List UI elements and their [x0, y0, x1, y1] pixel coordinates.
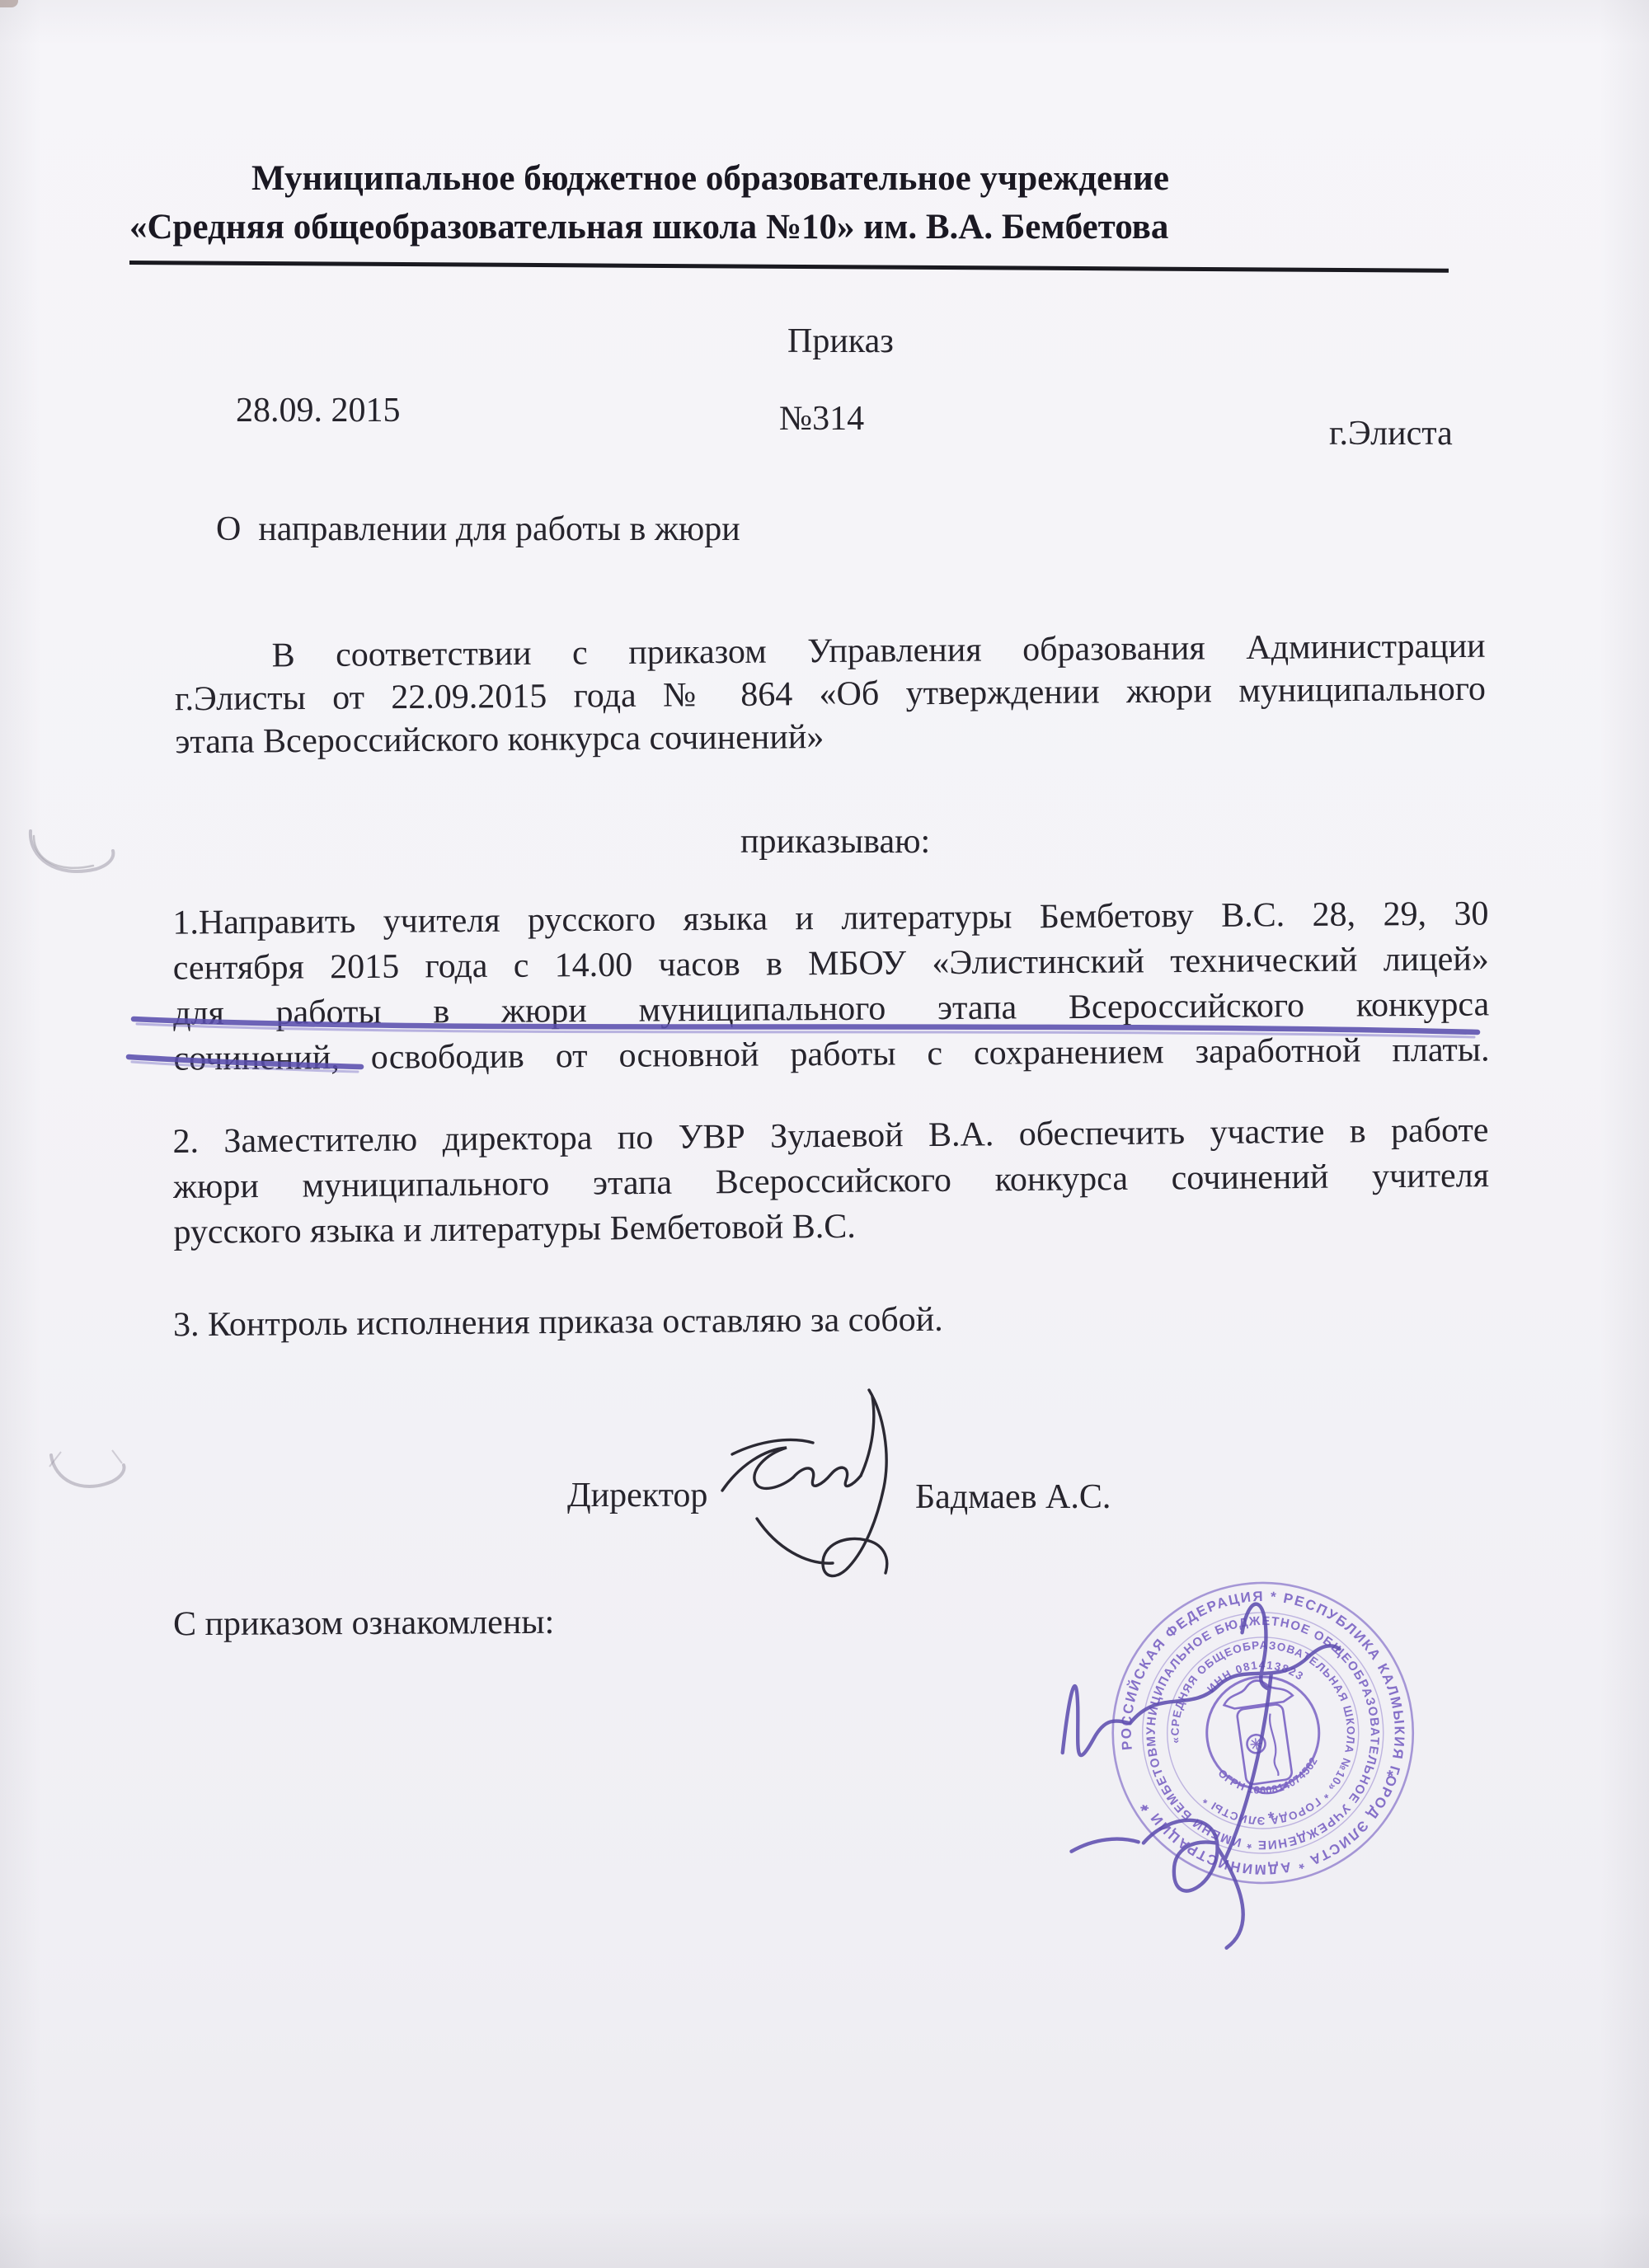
order-item-2: 2. Заместителю директора по УВР Зулаевой… — [172, 1111, 1489, 1258]
official-round-stamp: РОССИЙСКАЯ ФЕДЕРАЦИЯ * РЕСПУБЛИКА КАЛМЫК… — [984, 1515, 1571, 2046]
scan-edge-smudge — [0, 0, 18, 7]
intro-paragraph: В соответствии с приказом Управления обр… — [174, 627, 1486, 765]
org-name-line1: Муниципальное бюджетное образовательное … — [251, 158, 1169, 200]
paper-crease-artifact — [33, 1430, 148, 1521]
svg-text:МУНИЦИПАЛЬНОЕ БЮДЖЕТНОЕ ОБЩЕОБ: МУНИЦИПАЛЬНОЕ БЮДЖЕТНОЕ ОБЩЕОБРАЗОВАТЕЛЬ… — [978, 1526, 1397, 1887]
order-date: 28.09. 2015 — [236, 391, 401, 432]
paper-crease-artifact — [12, 808, 136, 907]
stamp-asterisk: * — [1267, 1809, 1276, 1828]
letterhead-rule — [129, 261, 1449, 273]
stamp-ogrn-text: ОГРН 1060814074562 — [1214, 1754, 1323, 1803]
stamp-ring-middle-text: МУНИЦИПАЛЬНОЕ БЮДЖЕТНОЕ ОБЩЕОБРАЗОВАТЕЛЬ… — [978, 1526, 1397, 1887]
decree-word: приказываю: — [740, 822, 930, 863]
order-subject: О направлении для работы в жюри — [216, 509, 740, 551]
org-name-line2: «Средняя общеобразовательная школа №10» … — [129, 207, 1168, 249]
signoff-role: Директор — [567, 1476, 707, 1517]
order-item-3: 3. Контроль исполнения приказа оставляю … — [173, 1300, 943, 1346]
doc-type: Приказ — [787, 322, 894, 363]
director-signature — [707, 1378, 947, 1609]
acknowledgement-label: С приказом ознакомлены: — [173, 1603, 554, 1646]
text-line: этапа Всероссийского конкурса сочинений» — [175, 712, 1486, 765]
svg-text:ОГРН 1060814074562: ОГРН 1060814074562 — [1214, 1754, 1323, 1803]
signoff-name: Бадмаев А.С. — [915, 1477, 1111, 1519]
scanned-order-document: Муниципальное бюджетное образовательное … — [0, 0, 1649, 2268]
order-city: г.Элиста — [1329, 414, 1453, 455]
pen-underline-marks — [115, 1004, 1517, 1095]
order-number: №314 — [779, 399, 864, 440]
